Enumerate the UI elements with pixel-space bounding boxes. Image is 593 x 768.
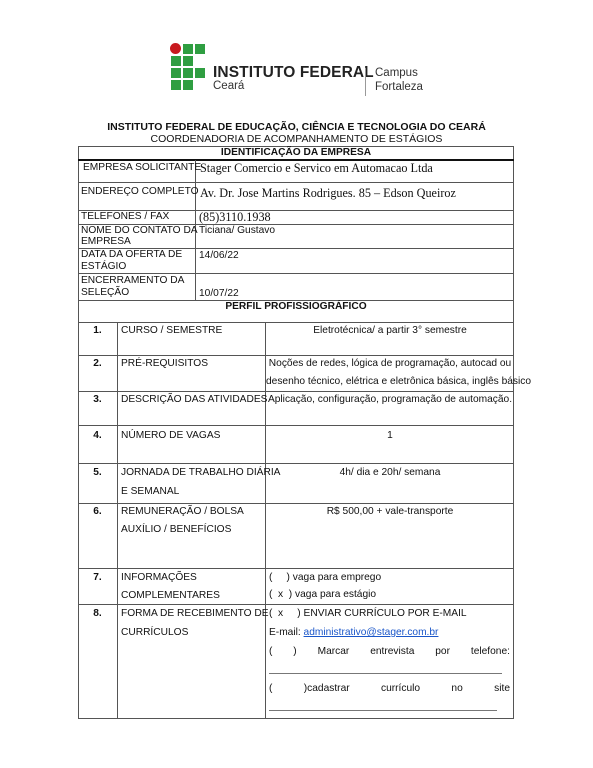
field-label: EMPRESA SOLICITANTE [83, 162, 201, 174]
logo-square [171, 56, 181, 66]
checkbox-mark: ( ) [269, 572, 290, 583]
row-label: REMUNERAÇÃO / BOLSA [121, 506, 244, 518]
row-number: 8. [78, 608, 117, 620]
field-value-phone: (85)3110.1938 [199, 211, 271, 223]
row-number: 3. [78, 394, 117, 406]
row-number: 1. [78, 325, 117, 337]
row-value-prerequisites: Noções de redes, lógica de programação, … [266, 358, 514, 370]
row-value-prerequisites: desenho técnico, elétrica e eletrônica b… [266, 376, 514, 388]
checkbox-mark: ( x ) [269, 589, 292, 600]
field-value-contact: Ticiana/ Gustavo [199, 225, 275, 237]
field-label: TELEFONES / FAX [81, 211, 169, 223]
field-label: ESTÁGIO [81, 261, 126, 273]
field-value-address: Av. Dr. Jose Martins Rodrigues. 85 – Eds… [200, 187, 456, 199]
row-divider [78, 463, 514, 464]
site-word: )cadastrar [304, 683, 350, 695]
row-label: PRÉ-REQUISITOS [121, 358, 208, 370]
logo-campus-name: Fortaleza [375, 81, 423, 93]
row-label: FORMA DE RECEBIMENTO DE [121, 608, 269, 620]
row-label: CURRÍCULOS [121, 627, 188, 639]
row-value-activities: Aplicação, configuração, programação de … [266, 394, 514, 406]
section-title-profile: PERFIL PROFISSIOGRÁFICO [78, 301, 514, 313]
site-word: ( [269, 683, 272, 695]
row-label: DESCRIÇÃO DAS ATIVIDADES [121, 394, 267, 406]
option-internship-vacancy[interactable]: ( x ) vaga para estágio [269, 589, 376, 601]
row-divider [78, 355, 514, 356]
option-send-by-email[interactable]: ( x ) ENVIAR CURRÍCULO POR E-MAIL [269, 608, 467, 620]
field-value-company: Stager Comercio e Servico em Automacao L… [200, 162, 433, 174]
row-label: JORNADA DE TRABALHO DIÁRIA [121, 467, 280, 479]
row-divider [78, 273, 514, 274]
option-label: vaga para estágio [295, 589, 376, 600]
field-label: EMPRESA [81, 236, 131, 248]
logo-red-dot [170, 43, 181, 54]
row-divider [78, 322, 514, 323]
email-label: E-mail: [269, 627, 301, 638]
institution-logo: INSTITUTO FEDERAL Ceará Campus Fortaleza [170, 43, 470, 98]
row-divider [78, 425, 514, 426]
row-number: 7. [78, 572, 117, 584]
email-line: E-mail: administrativo@stager.com.br [269, 627, 438, 639]
logo-square [183, 80, 193, 90]
option-job-vacancy[interactable]: ( ) vaga para emprego [269, 572, 381, 584]
logo-separator [365, 68, 366, 96]
row-label: NÚMERO DE VAGAS [121, 430, 220, 442]
logo-state: Ceará [213, 80, 244, 92]
logo-square [171, 80, 181, 90]
logo-square [195, 44, 205, 54]
column-divider [117, 322, 118, 719]
phone-word: ( [269, 646, 272, 658]
row-value-course: Eletrotécnica/ a partir 3° semestre [266, 325, 514, 337]
site-word: currículo [381, 683, 420, 695]
logo-campus: Campus [375, 67, 418, 79]
row-divider [78, 391, 514, 392]
phone-word: telefone: [471, 646, 510, 658]
institution-title: INSTITUTO FEDERAL DE EDUCAÇÃO, CIÊNCIA E… [0, 121, 593, 133]
logo-square [183, 68, 193, 78]
field-label: DATA DA OFERTA DE [81, 249, 182, 261]
field-label: SELEÇÃO [81, 287, 129, 299]
row-number: 5. [78, 467, 117, 479]
section-title-company: IDENTIFICAÇÃO DA EMPRESA [78, 147, 514, 159]
option-label: ENVIAR CURRÍCULO POR E-MAIL [304, 608, 467, 619]
phone-fill-line[interactable] [269, 673, 502, 674]
row-value-compensation: R$ 500,00 + vale-transporte [266, 506, 514, 518]
field-label: ENDEREÇO COMPLETO [81, 186, 199, 198]
field-label: ENCERRAMENTO DA [81, 275, 184, 287]
row-divider [78, 182, 514, 183]
row-label: AUXÍLIO / BENEFÍCIOS [121, 524, 231, 536]
row-number: 4. [78, 430, 117, 442]
row-label: COMPLEMENTARES [121, 590, 220, 602]
row-value-workload: 4h/ dia e 20h/ semana [266, 467, 514, 479]
field-value-closing-date: 10/07/22 [199, 288, 239, 300]
field-value-offer-date: 14/06/22 [199, 250, 239, 262]
site-word: no [451, 683, 462, 695]
department-title: COORDENADORIA DE ACOMPANHAMENTO DE ESTÁG… [0, 133, 593, 145]
email-link[interactable]: administrativo@stager.com.br [304, 627, 439, 638]
option-label: vaga para emprego [293, 572, 381, 583]
logo-square [195, 68, 205, 78]
phone-word: ) [293, 646, 296, 658]
option-phone-interview[interactable]: ( ) Marcar entrevista por telefone: [269, 646, 510, 658]
phone-word: entrevista [370, 646, 414, 658]
row-label: E SEMANAL [121, 486, 179, 498]
row-divider [78, 568, 514, 569]
phone-word: Marcar [318, 646, 350, 658]
option-register-on-site[interactable]: ( )cadastrar currículo no site [269, 683, 510, 695]
site-word: site [494, 683, 510, 695]
checkbox-mark: ( x ) [269, 608, 301, 619]
logo-square [183, 56, 193, 66]
row-number: 6. [78, 506, 117, 518]
site-fill-line[interactable] [269, 710, 497, 711]
logo-square [183, 44, 193, 54]
row-value-vacancies: 1 [266, 430, 514, 442]
row-label: INFORMAÇÕES [121, 572, 197, 584]
row-divider [78, 604, 514, 605]
phone-word: por [435, 646, 450, 658]
row-divider [78, 503, 514, 504]
row-label: CURSO / SEMESTRE [121, 325, 222, 337]
row-number: 2. [78, 358, 117, 370]
logo-square [171, 68, 181, 78]
